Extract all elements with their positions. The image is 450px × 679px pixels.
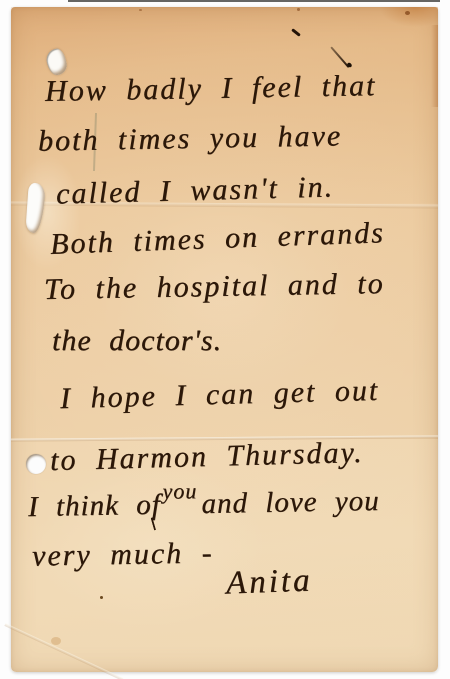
- edge-speck: [139, 9, 142, 11]
- letter-line-6: the doctor's.: [52, 326, 222, 356]
- punch-hole: [26, 454, 46, 474]
- bottom-left-stain: [51, 637, 61, 645]
- line9-insertion-above: you: [162, 478, 197, 504]
- letter-line-5: To the hospital and to: [44, 269, 385, 305]
- signature: Anita: [225, 565, 313, 601]
- letter-paper: How badly I feel that both times you hav…: [11, 7, 438, 672]
- letter-line-2: both times you have: [38, 121, 343, 156]
- scanned-letter-page: { "colors": { "background": "#fdfdfd", "…: [0, 0, 450, 679]
- letter-line-7: I hope I can get out: [60, 376, 380, 414]
- line9-text-pre: I think of: [28, 489, 161, 523]
- letter-line-1: How badly I feel that: [45, 71, 377, 107]
- letter-line-10: very much -: [32, 538, 214, 571]
- edge-speck: [297, 8, 300, 11]
- right-edge-smudge: [431, 25, 438, 107]
- line9-text-post: and love you: [201, 485, 380, 520]
- top-right-stain: [356, 7, 438, 35]
- edge-speck: [405, 11, 410, 15]
- letter-line-3: called I wasn't in.: [56, 172, 335, 209]
- scanner-edge-artifact: [68, 0, 440, 2]
- letter-line-9: I think ofyouand love you: [28, 487, 380, 522]
- paper-speck: [100, 596, 103, 599]
